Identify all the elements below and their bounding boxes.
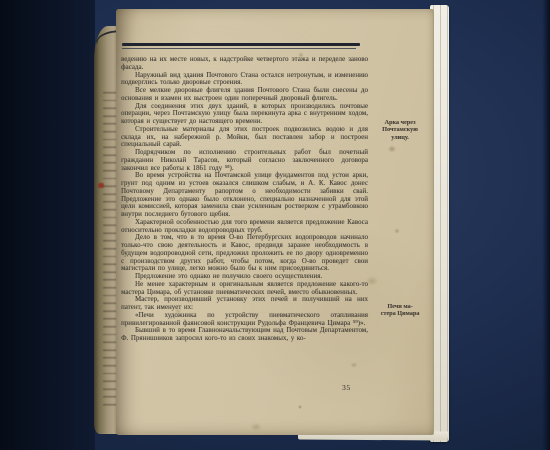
book-cover-right-edge — [542, 0, 550, 450]
body-paragraph: Строительные материалы для этих построек… — [121, 126, 368, 149]
book-cover-left — [0, 0, 95, 450]
body-paragraph: Бывший в то время Главноначальствующим н… — [121, 327, 368, 343]
margin-note-line: стера Цимара — [369, 310, 431, 317]
previous-page-red-mark — [98, 183, 104, 188]
margin-note-stoves: Печи ма-стера Цимара — [369, 303, 431, 318]
body-paragraph: Все мелкие дворовые флигеля здания Почто… — [121, 87, 368, 103]
body-paragraph: «Печи художника по устройству пневматиче… — [121, 312, 368, 328]
body-paragraph: Мастер, производивший установку этих печ… — [121, 296, 368, 312]
body-paragraph: Характерной особенностью для того времен… — [121, 219, 368, 235]
margin-note-line: Арка через — [369, 119, 431, 126]
margin-note-line: улицу. — [369, 134, 431, 141]
previous-page-blurred-text — [103, 92, 117, 412]
page-number: 35 — [342, 383, 362, 392]
margin-note-arch: Арка черезПочтамскуюулицу. — [369, 119, 431, 141]
body-paragraph: Дело в том, что в то время О-во Петербур… — [121, 234, 368, 273]
body-paragraph: Подрядчиком по исполнению строительных р… — [121, 149, 368, 172]
body-paragraph: Предложение это однако не получило своег… — [121, 273, 368, 281]
body-paragraph: Для соединения этих двух зданий, в котор… — [121, 103, 368, 126]
body-paragraph: Во время устройства на Почтамской улице … — [121, 172, 368, 219]
body-paragraph: ведению на их месте новых, к надстройке … — [121, 56, 368, 72]
body-paragraph: Не менее характерным и оригинальным явля… — [121, 281, 368, 297]
open-book-photo: ведению на их месте новых, к надстройке … — [0, 0, 550, 450]
margin-note-line: Печи ма- — [369, 303, 431, 310]
header-rule-thin — [122, 48, 356, 49]
book-page: ведению на их месте новых, к надстройке … — [116, 9, 434, 435]
body-text-column: ведению на их месте новых, к надстройке … — [121, 56, 368, 343]
margin-note-line: Почтамскую — [369, 126, 431, 133]
header-rule-thick — [122, 43, 360, 46]
body-paragraph: Наружный вид здания Почтового Стана оста… — [121, 72, 368, 88]
